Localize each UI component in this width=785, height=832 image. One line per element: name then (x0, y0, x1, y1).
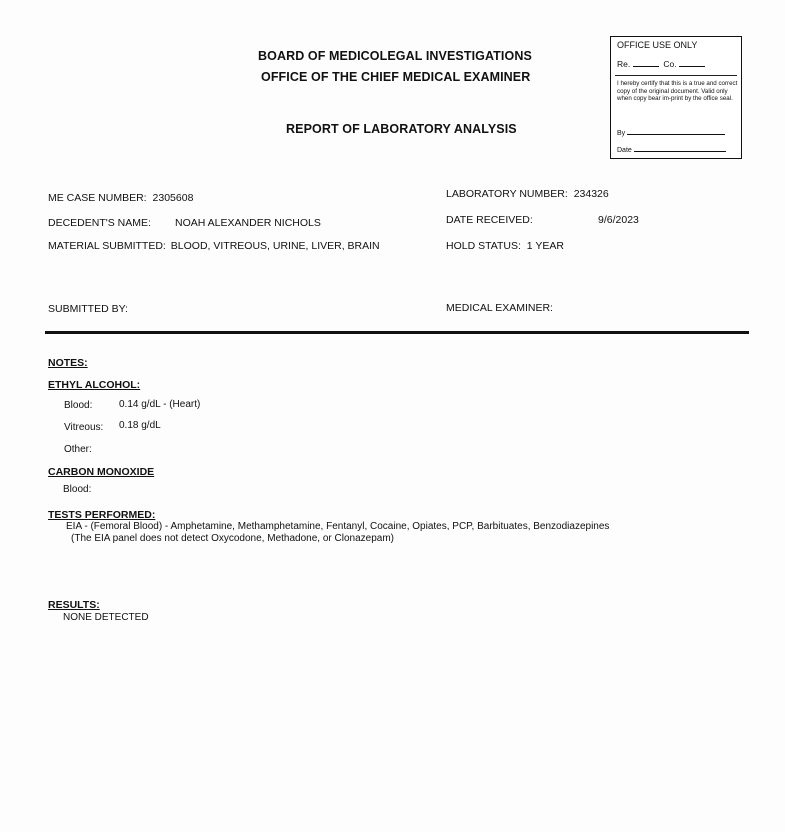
laboratory-number-field: LABORATORY NUMBER: 234326 (446, 188, 609, 200)
re-co-fields: Re. Co. (617, 58, 705, 69)
certification-text: I hereby certify that this is a true and… (617, 80, 739, 103)
carbon-monoxide-heading: CARBON MONOXIDE (48, 466, 154, 478)
tests-performed-line2: (The EIA panel does not detect Oxycodone… (71, 533, 394, 544)
medical-examiner-field: MEDICAL EXAMINER: (446, 302, 553, 314)
material-submitted: BLOOD, VITREOUS, URINE, LIVER, BRAIN (171, 240, 380, 252)
results-value: NONE DETECTED (63, 612, 149, 623)
decedent-name-field: DECEDENT'S NAME: NOAH ALEXANDER NICHOLS (48, 217, 151, 229)
notes-heading: NOTES: (48, 357, 88, 369)
date-label: Date (617, 147, 632, 154)
date-blank (634, 143, 726, 152)
material-submitted-label: MATERIAL SUBMITTED: (48, 240, 166, 252)
office-use-title: OFFICE USE ONLY (617, 40, 697, 50)
date-field: Date (617, 143, 726, 154)
laboratory-number: 234326 (574, 188, 609, 200)
decedent-name-label: DECEDENT'S NAME: (48, 217, 151, 229)
medical-examiner-label: MEDICAL EXAMINER: (446, 302, 553, 314)
by-field: By (617, 126, 725, 137)
co-blank (679, 58, 705, 67)
decedent-name: NOAH ALEXANDER NICHOLS (175, 217, 321, 229)
me-case-number-field: ME CASE NUMBER: 2305608 (48, 192, 193, 204)
office-use-box: OFFICE USE ONLY Re. Co. I hereby certify… (610, 36, 742, 159)
report-title: REPORT OF LABORATORY ANALYSIS (286, 122, 517, 136)
section-divider (45, 331, 749, 334)
date-received-label: DATE RECEIVED: (446, 214, 533, 226)
material-submitted-field: MATERIAL SUBMITTED: BLOOD, VITREOUS, URI… (48, 240, 380, 252)
me-case-number-label: ME CASE NUMBER: (48, 192, 147, 204)
office-name: OFFICE OF THE CHIEF MEDICAL EXAMINER (261, 70, 530, 84)
hold-status-field: HOLD STATUS: 1 YEAR (446, 240, 564, 252)
ethyl-vitreous-label: Vitreous: (64, 422, 103, 433)
date-received-field: DATE RECEIVED: 9/6/2023 (446, 214, 533, 226)
results-heading: RESULTS: (48, 599, 100, 611)
tests-performed-line1: EIA - (Femoral Blood) - Amphetamine, Met… (66, 521, 609, 532)
laboratory-number-label: LABORATORY NUMBER: (446, 188, 568, 200)
me-case-number: 2305608 (153, 192, 194, 204)
hold-status: 1 YEAR (527, 240, 564, 252)
submitted-by-field: SUBMITTED BY: (48, 303, 128, 315)
hold-status-label: HOLD STATUS: (446, 240, 521, 252)
date-received: 9/6/2023 (598, 214, 639, 226)
agency-name: BOARD OF MEDICOLEGAL INVESTIGATIONS (258, 49, 532, 63)
co-blood-label: Blood: (63, 484, 91, 495)
re-label: Re. (617, 59, 630, 69)
co-label: Co. (663, 59, 676, 69)
ethyl-blood-label: Blood: (64, 400, 92, 411)
ethyl-other-label: Other: (64, 444, 92, 455)
ethyl-blood-value: 0.14 g/dL - (Heart) (119, 399, 200, 410)
ethyl-alcohol-heading: ETHYL ALCOHOL: (48, 379, 140, 391)
by-blank (627, 126, 725, 135)
submitted-by-label: SUBMITTED BY: (48, 303, 128, 315)
re-blank (633, 58, 659, 67)
office-box-rule (615, 75, 737, 76)
by-label: By (617, 130, 625, 137)
tests-performed-heading: TESTS PERFORMED: (48, 509, 155, 521)
ethyl-vitreous-value: 0.18 g/dL (119, 420, 161, 431)
